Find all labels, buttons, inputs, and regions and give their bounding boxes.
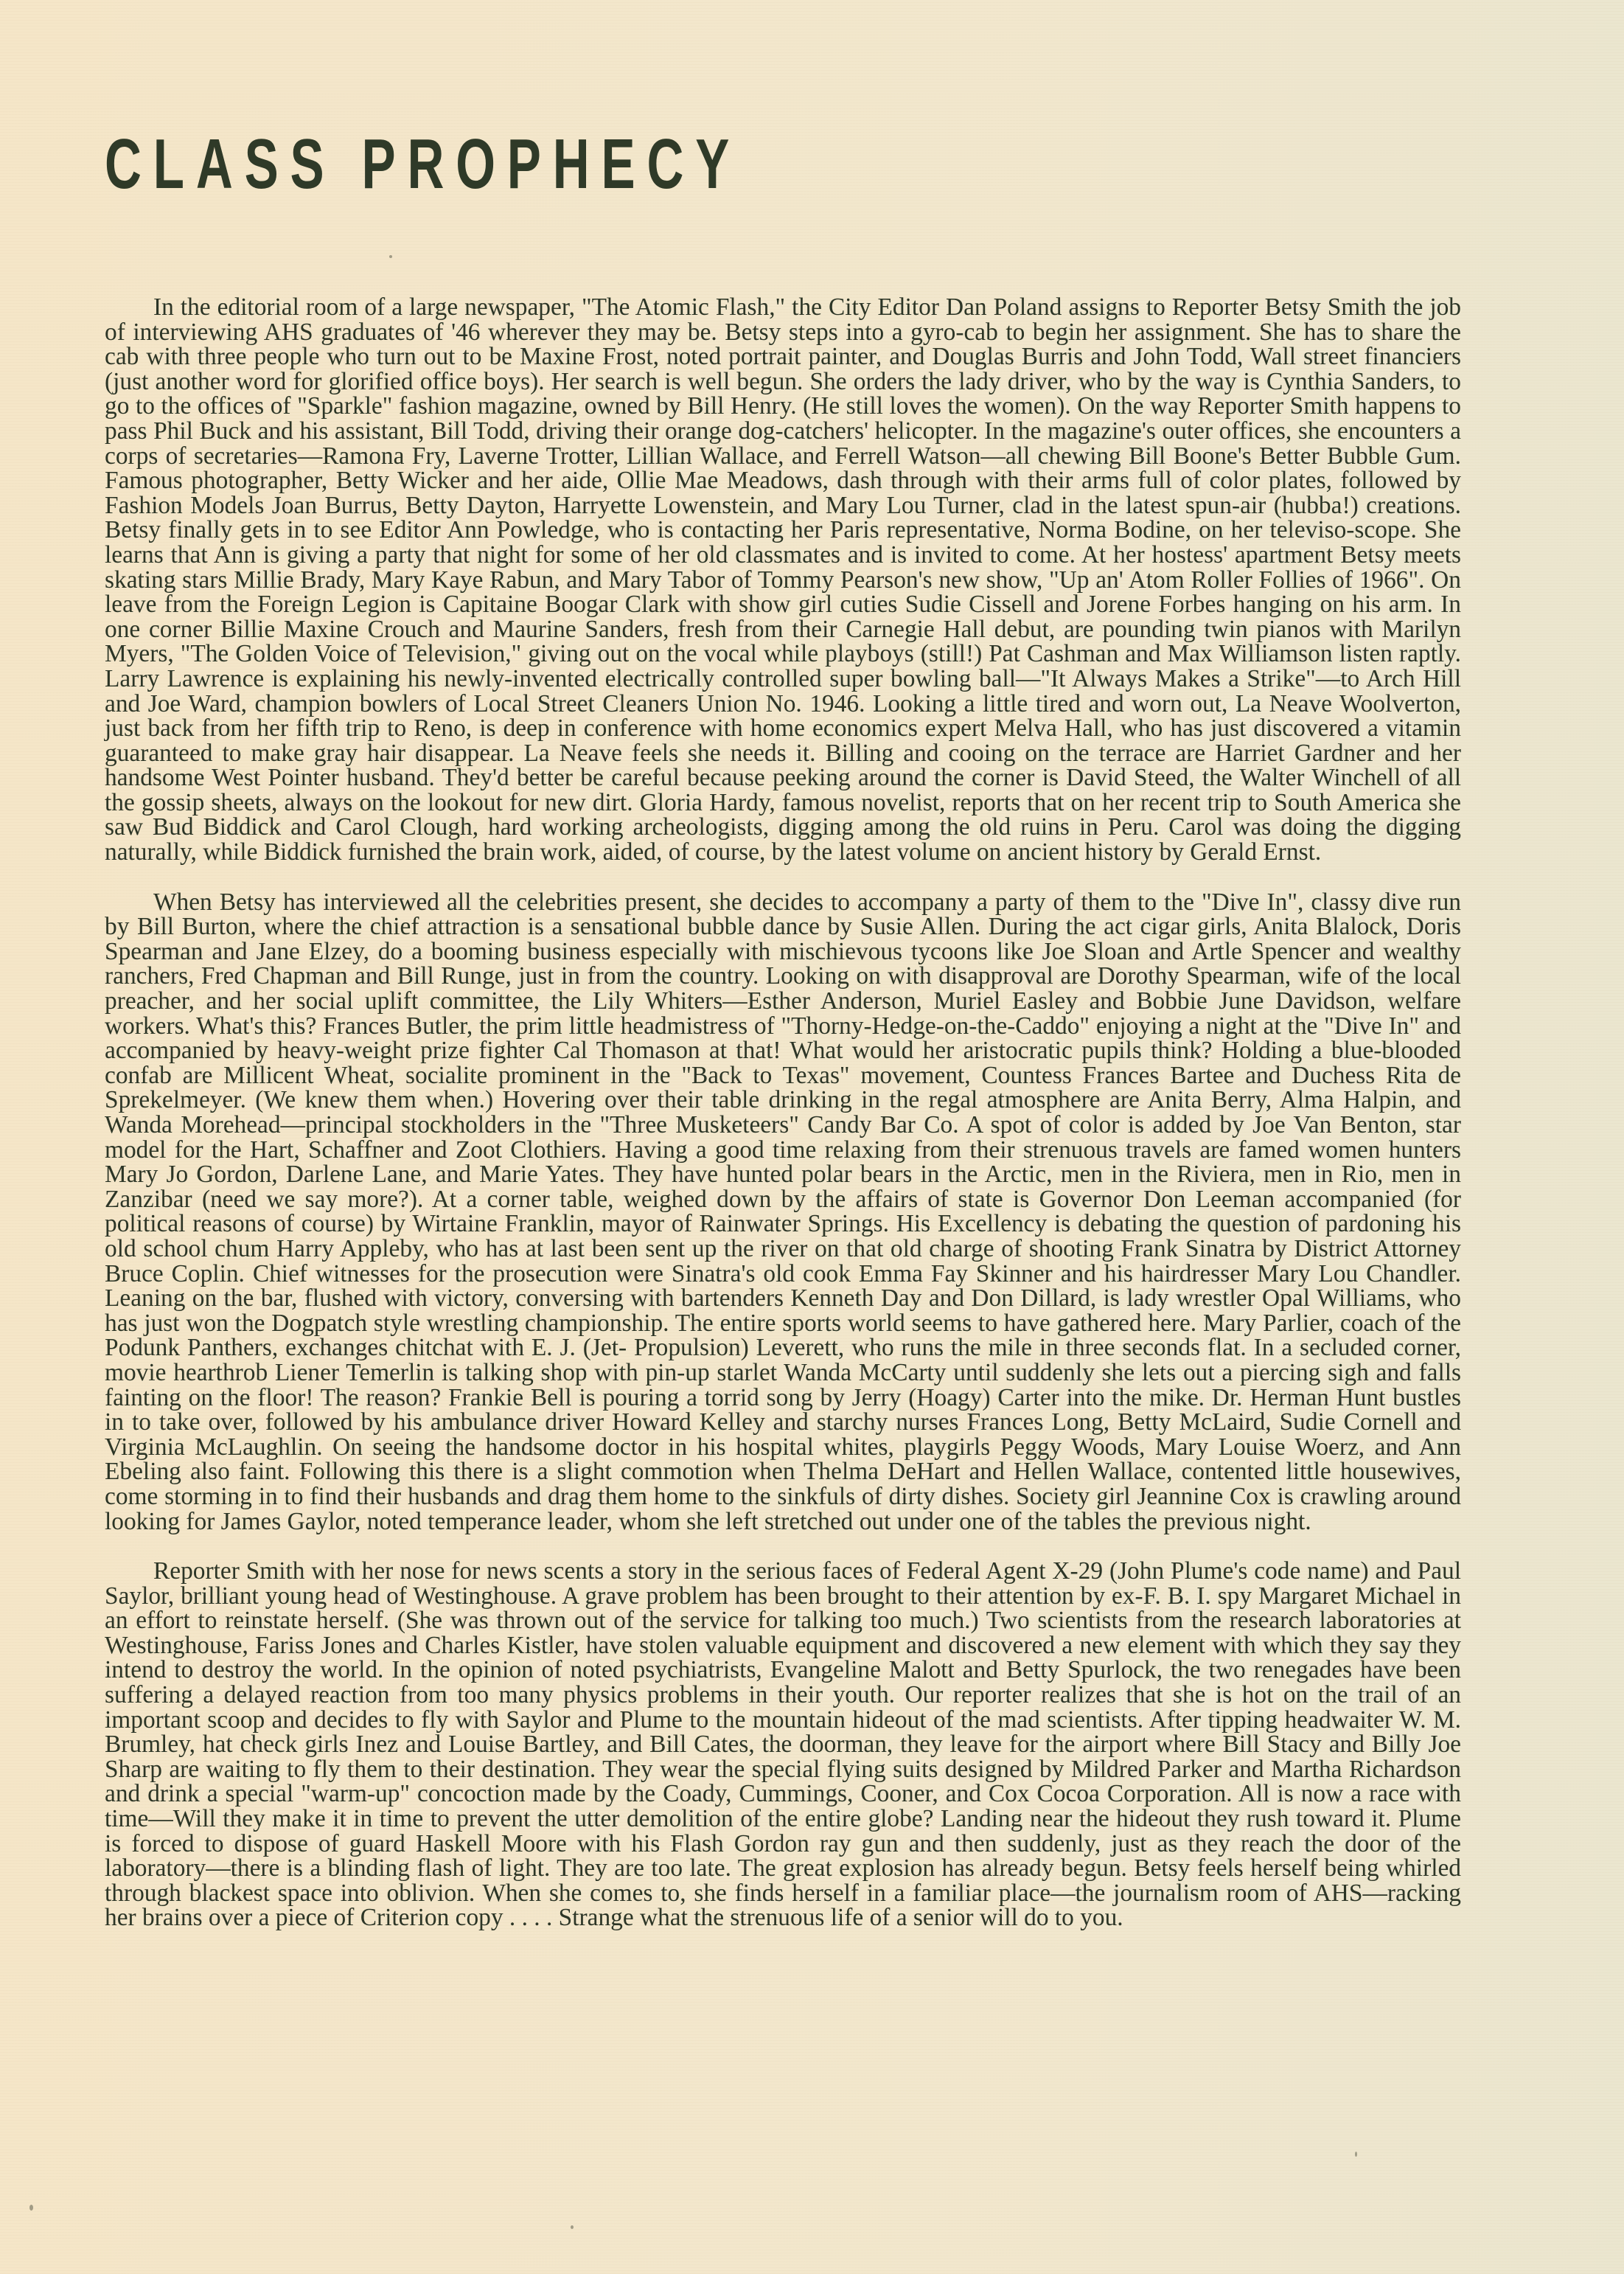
paper-speck — [389, 255, 392, 258]
paper-speck — [571, 2225, 574, 2229]
paragraph-mad-scientists: Reporter Smith with her nose for news sc… — [105, 1559, 1461, 1930]
paper-speck — [1355, 2152, 1357, 2157]
paragraph-editorial-room: In the editorial room of a large newspap… — [105, 295, 1461, 865]
page-title: CLASS PROPHECY — [105, 129, 741, 200]
article-body: In the editorial room of a large newspap… — [105, 295, 1461, 1955]
paper-speck — [29, 2205, 33, 2211]
paragraph-dive-in: When Betsy has interviewed all the celeb… — [105, 890, 1461, 1534]
